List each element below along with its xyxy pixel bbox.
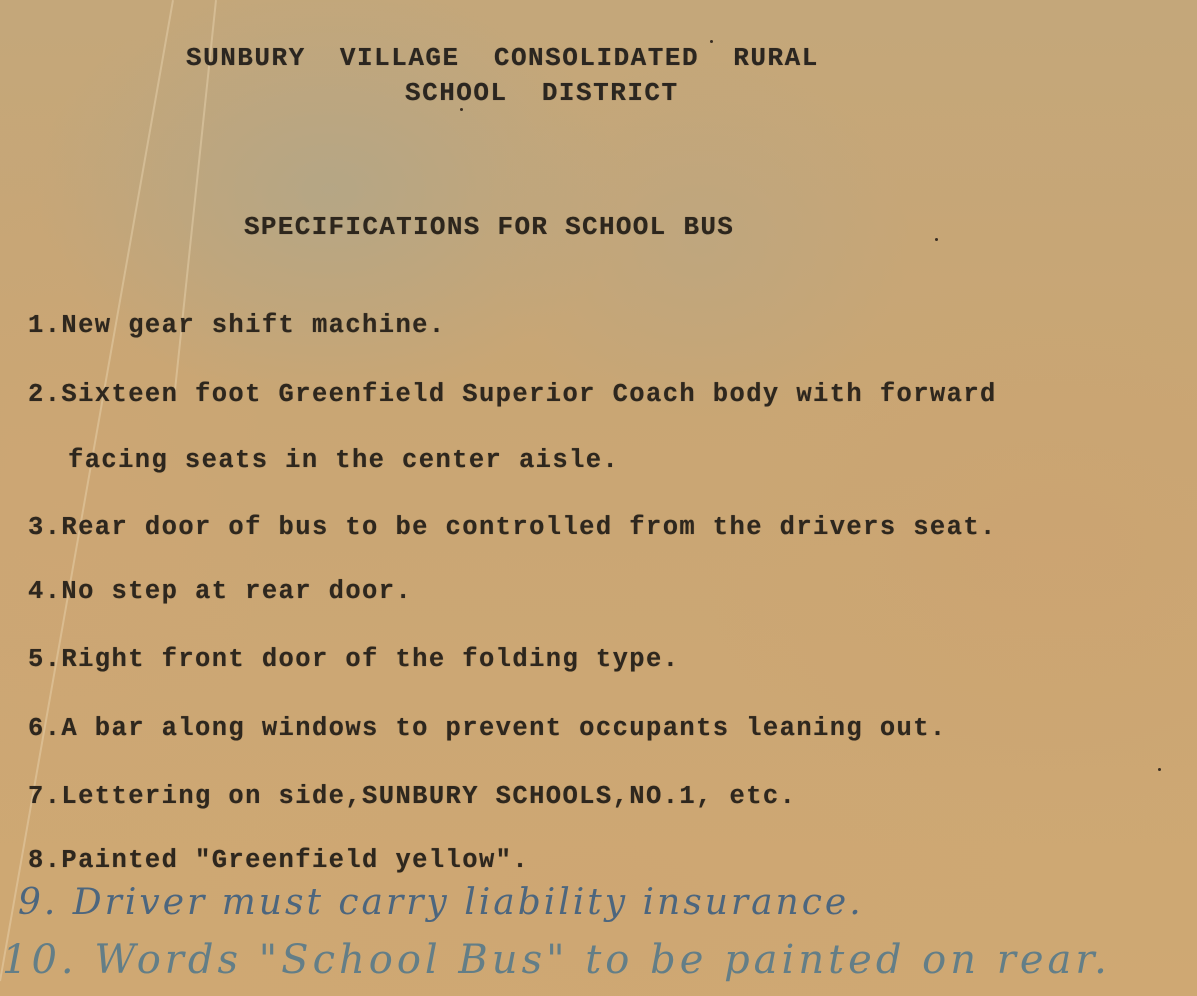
- aged-paper-background: SUNBURY VILLAGE CONSOLIDATED RURAL SCHOO…: [0, 0, 1197, 996]
- paper-speck: [460, 108, 463, 111]
- spec-item-6: 6.A bar along windows to prevent occupan…: [28, 714, 947, 743]
- spec-item-2-continuation: facing seats in the center aisle.: [68, 446, 619, 475]
- district-name-line-2: SCHOOL DISTRICT: [405, 78, 679, 108]
- spec-item-8: 8.Painted "Greenfield yellow".: [28, 846, 529, 875]
- spec-item-5: 5.Right front door of the folding type.: [28, 645, 679, 674]
- spec-item-1: 1.New gear shift machine.: [28, 311, 446, 340]
- handwritten-item-9: 9. Driver must carry liability insurance…: [18, 882, 864, 923]
- spec-item-3: 3.Rear door of bus to be controlled from…: [28, 513, 997, 542]
- handwritten-item-10: 10. Words "School Bus" to be painted on …: [2, 937, 1111, 983]
- spec-item-4: 4.No step at rear door.: [28, 577, 412, 606]
- spec-item-7: 7.Lettering on side,SUNBURY SCHOOLS,NO.1…: [28, 782, 796, 811]
- paper-fold-crease: [0, 0, 174, 981]
- district-name-line-1: SUNBURY VILLAGE CONSOLIDATED RURAL: [186, 43, 819, 73]
- paper-speck: [935, 238, 938, 241]
- document-title: SPECIFICATIONS FOR SCHOOL BUS: [244, 212, 734, 242]
- spec-item-2: 2.Sixteen foot Greenfield Superior Coach…: [28, 380, 997, 409]
- paper-speck: [1158, 768, 1161, 771]
